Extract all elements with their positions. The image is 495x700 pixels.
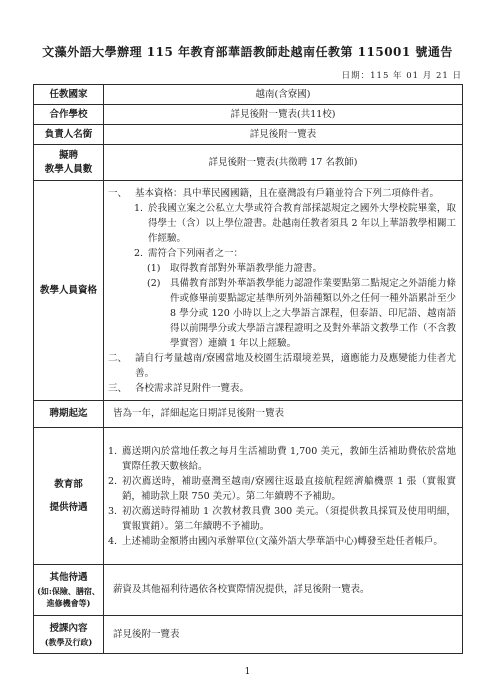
- document-title: 文藻外語大學辦理 115 年教育部華語教師赴越南任教第 115001 號通告: [0, 0, 495, 60]
- list-item-text: 基本資格：具中華民國國籍，且在臺灣設有戶籍並符合下列二項條件者。: [135, 186, 456, 201]
- list-item: 二、請自行考量越南/寮國當地及校園生活環境差異，適應能力及應變能力佳者尤善。: [108, 351, 456, 381]
- list-item: 1.於我國立案之公私立大學或符合教育部採認規定之國外大學校院畢業，取得學士（含）…: [108, 201, 456, 246]
- list-item-marker: 1.: [108, 444, 122, 474]
- row-value-course-content: 詳見後附一覽表: [104, 616, 463, 654]
- list-item-marker: 2.: [108, 474, 122, 504]
- label-line: (如:保險、膳宿、: [34, 585, 103, 597]
- row-label-staff-count: 擬聘 教學人員數: [34, 145, 104, 181]
- list-item: 三、各校需求詳見附件一覽表。: [108, 381, 456, 396]
- list-item: (1)取得教育部對外華語教學能力證書。: [108, 261, 456, 276]
- list-item: 1.薦送期內於當地任教之每月生活補助費 1,700 美元，教師生活補助費依於當地…: [108, 444, 456, 474]
- list-item: 2.初次薦送時，補助臺灣至越南/寮國往返最直接航程經濟艙機票 1 張（實報實銷，…: [108, 474, 456, 504]
- list-item-marker: (2): [147, 276, 170, 351]
- row-value-staff-count: 詳見後附一覽表(共徵聘 17 名教師): [104, 145, 463, 181]
- table-row-country: 任教國家 越南(含寮國): [34, 85, 463, 105]
- list-item: 4.上述補助金額將由國內承辦單位(文藻外語大學華語中心)轉發至赴任者帳戶。: [108, 534, 456, 549]
- label-line: 教學人員數: [34, 163, 103, 177]
- list-item-marker: 3.: [108, 504, 122, 534]
- list-item-marker: (1): [147, 261, 170, 276]
- list-item: 2.需符合下列兩者之一：: [108, 246, 456, 261]
- row-label-country: 任教國家: [34, 85, 104, 105]
- row-value-other-benefits: 薪資及其他福利待遇依各校實際情況提供，詳見後附一覽表。: [104, 565, 463, 616]
- table-row-moe-benefits: 教育部 提供待遇 1.薦送期內於當地任教之每月生活補助費 1,700 美元，教師…: [34, 428, 463, 565]
- label-line: 其他待遇: [34, 571, 103, 585]
- list-item-text: 各校需求詳見附件一覽表。: [135, 381, 456, 396]
- row-label-moe-benefits: 教育部 提供待遇: [34, 428, 104, 565]
- row-label-term: 聘期起迄: [34, 401, 104, 428]
- list-item-text: 初次薦送時得補助 1 次教材教具費 300 美元。（須提供教具採買及使用明細，實…: [122, 504, 456, 534]
- notice-table: 任教國家 越南(含寮國) 合作學校 詳見後附一覽表(共11校) 負責人名銜 詳見…: [33, 84, 463, 654]
- row-label-contact: 負責人名銜: [34, 125, 104, 145]
- label-line: 授課內容: [34, 622, 103, 636]
- row-label-other-benefits: 其他待遇 (如:保險、膳宿、 進修機會等): [34, 565, 104, 616]
- row-label-qualifications: 教學人員資格: [34, 181, 104, 401]
- row-value-qualifications: 一、基本資格：具中華民國國籍，且在臺灣設有戶籍並符合下列二項條件者。 1.於我國…: [104, 181, 463, 401]
- table-row-staff-count: 擬聘 教學人員數 詳見後附一覽表(共徵聘 17 名教師): [34, 145, 463, 181]
- list-item-text: 於我國立案之公私立大學或符合教育部採認規定之國外大學校院畢業，取得學士（含）以上…: [148, 201, 456, 246]
- table-row-qualifications: 教學人員資格 一、基本資格：具中華民國國籍，且在臺灣設有戶籍並符合下列二項條件者…: [34, 181, 463, 401]
- list-item-marker: 一、: [108, 186, 135, 201]
- list-item-text: 上述補助金額將由國內承辦單位(文藻外語大學華語中心)轉發至赴任者帳戶。: [122, 534, 456, 549]
- label-spacer: [34, 492, 103, 500]
- document-date: 日期：115 年 01 月 21 日: [0, 69, 462, 81]
- page-number: 1: [0, 667, 495, 677]
- list-item-marker: 1.: [134, 201, 148, 246]
- list-item-text: 取得教育部對外華語教學能力證書。: [170, 261, 456, 276]
- label-line: (教學及行政): [34, 636, 103, 648]
- list-item-marker: 二、: [108, 351, 135, 381]
- row-value-country: 越南(含寮國): [104, 85, 463, 105]
- table-row-other-benefits: 其他待遇 (如:保險、膳宿、 進修機會等) 薪資及其他福利待遇依各校實際情況提供…: [34, 565, 463, 616]
- document-page: 文藻外語大學辦理 115 年教育部華語教師赴越南任教第 115001 號通告 日…: [0, 0, 495, 700]
- row-value-moe-benefits: 1.薦送期內於當地任教之每月生活補助費 1,700 美元，教師生活補助費依於當地…: [104, 428, 463, 565]
- label-line: 進修機會等): [34, 597, 103, 609]
- list-item-marker: 三、: [108, 381, 135, 396]
- list-item: 3.初次薦送時得補助 1 次教材教具費 300 美元。（須提供教具採買及使用明細…: [108, 504, 456, 534]
- row-value-schools: 詳見後附一覽表(共11校): [104, 105, 463, 125]
- table-row-contact: 負責人名銜 詳見後附一覽表: [34, 125, 463, 145]
- list-item-marker: 2.: [134, 246, 148, 261]
- table-row-course-content: 授課內容 (教學及行政) 詳見後附一覽表: [34, 616, 463, 654]
- label-line: 教育部: [34, 477, 103, 492]
- list-item: 一、基本資格：具中華民國國籍，且在臺灣設有戶籍並符合下列二項條件者。: [108, 186, 456, 201]
- label-line: 提供待遇: [34, 500, 103, 515]
- row-value-contact: 詳見後附一覽表: [104, 125, 463, 145]
- list-item-text: 初次薦送時，補助臺灣至越南/寮國往返最直接航程經濟艙機票 1 張（實報實銷，補助…: [122, 474, 456, 504]
- label-line: 擬聘: [34, 149, 103, 163]
- list-item-text: 具備教育部對外華語教學能力認證作業要點第二點規定之外語能力條件或修畢前要點認定基…: [170, 276, 456, 351]
- list-item-text: 請自行考量越南/寮國當地及校園生活環境差異，適應能力及應變能力佳者尤善。: [135, 351, 456, 381]
- row-value-term: 皆為一年，詳細起迄日期詳見後附一覽表: [104, 401, 463, 428]
- table-row-schools: 合作學校 詳見後附一覽表(共11校): [34, 105, 463, 125]
- list-item-text: 需符合下列兩者之一：: [148, 246, 456, 261]
- row-label-course-content: 授課內容 (教學及行政): [34, 616, 104, 654]
- list-item: (2)具備教育部對外華語教學能力認證作業要點第二點規定之外語能力條件或修畢前要點…: [108, 276, 456, 351]
- list-item-text: 薦送期內於當地任教之每月生活補助費 1,700 美元，教師生活補助費依於當地實際…: [122, 444, 456, 474]
- table-row-term: 聘期起迄 皆為一年，詳細起迄日期詳見後附一覽表: [34, 401, 463, 428]
- list-item-marker: 4.: [108, 534, 122, 549]
- row-label-schools: 合作學校: [34, 105, 104, 125]
